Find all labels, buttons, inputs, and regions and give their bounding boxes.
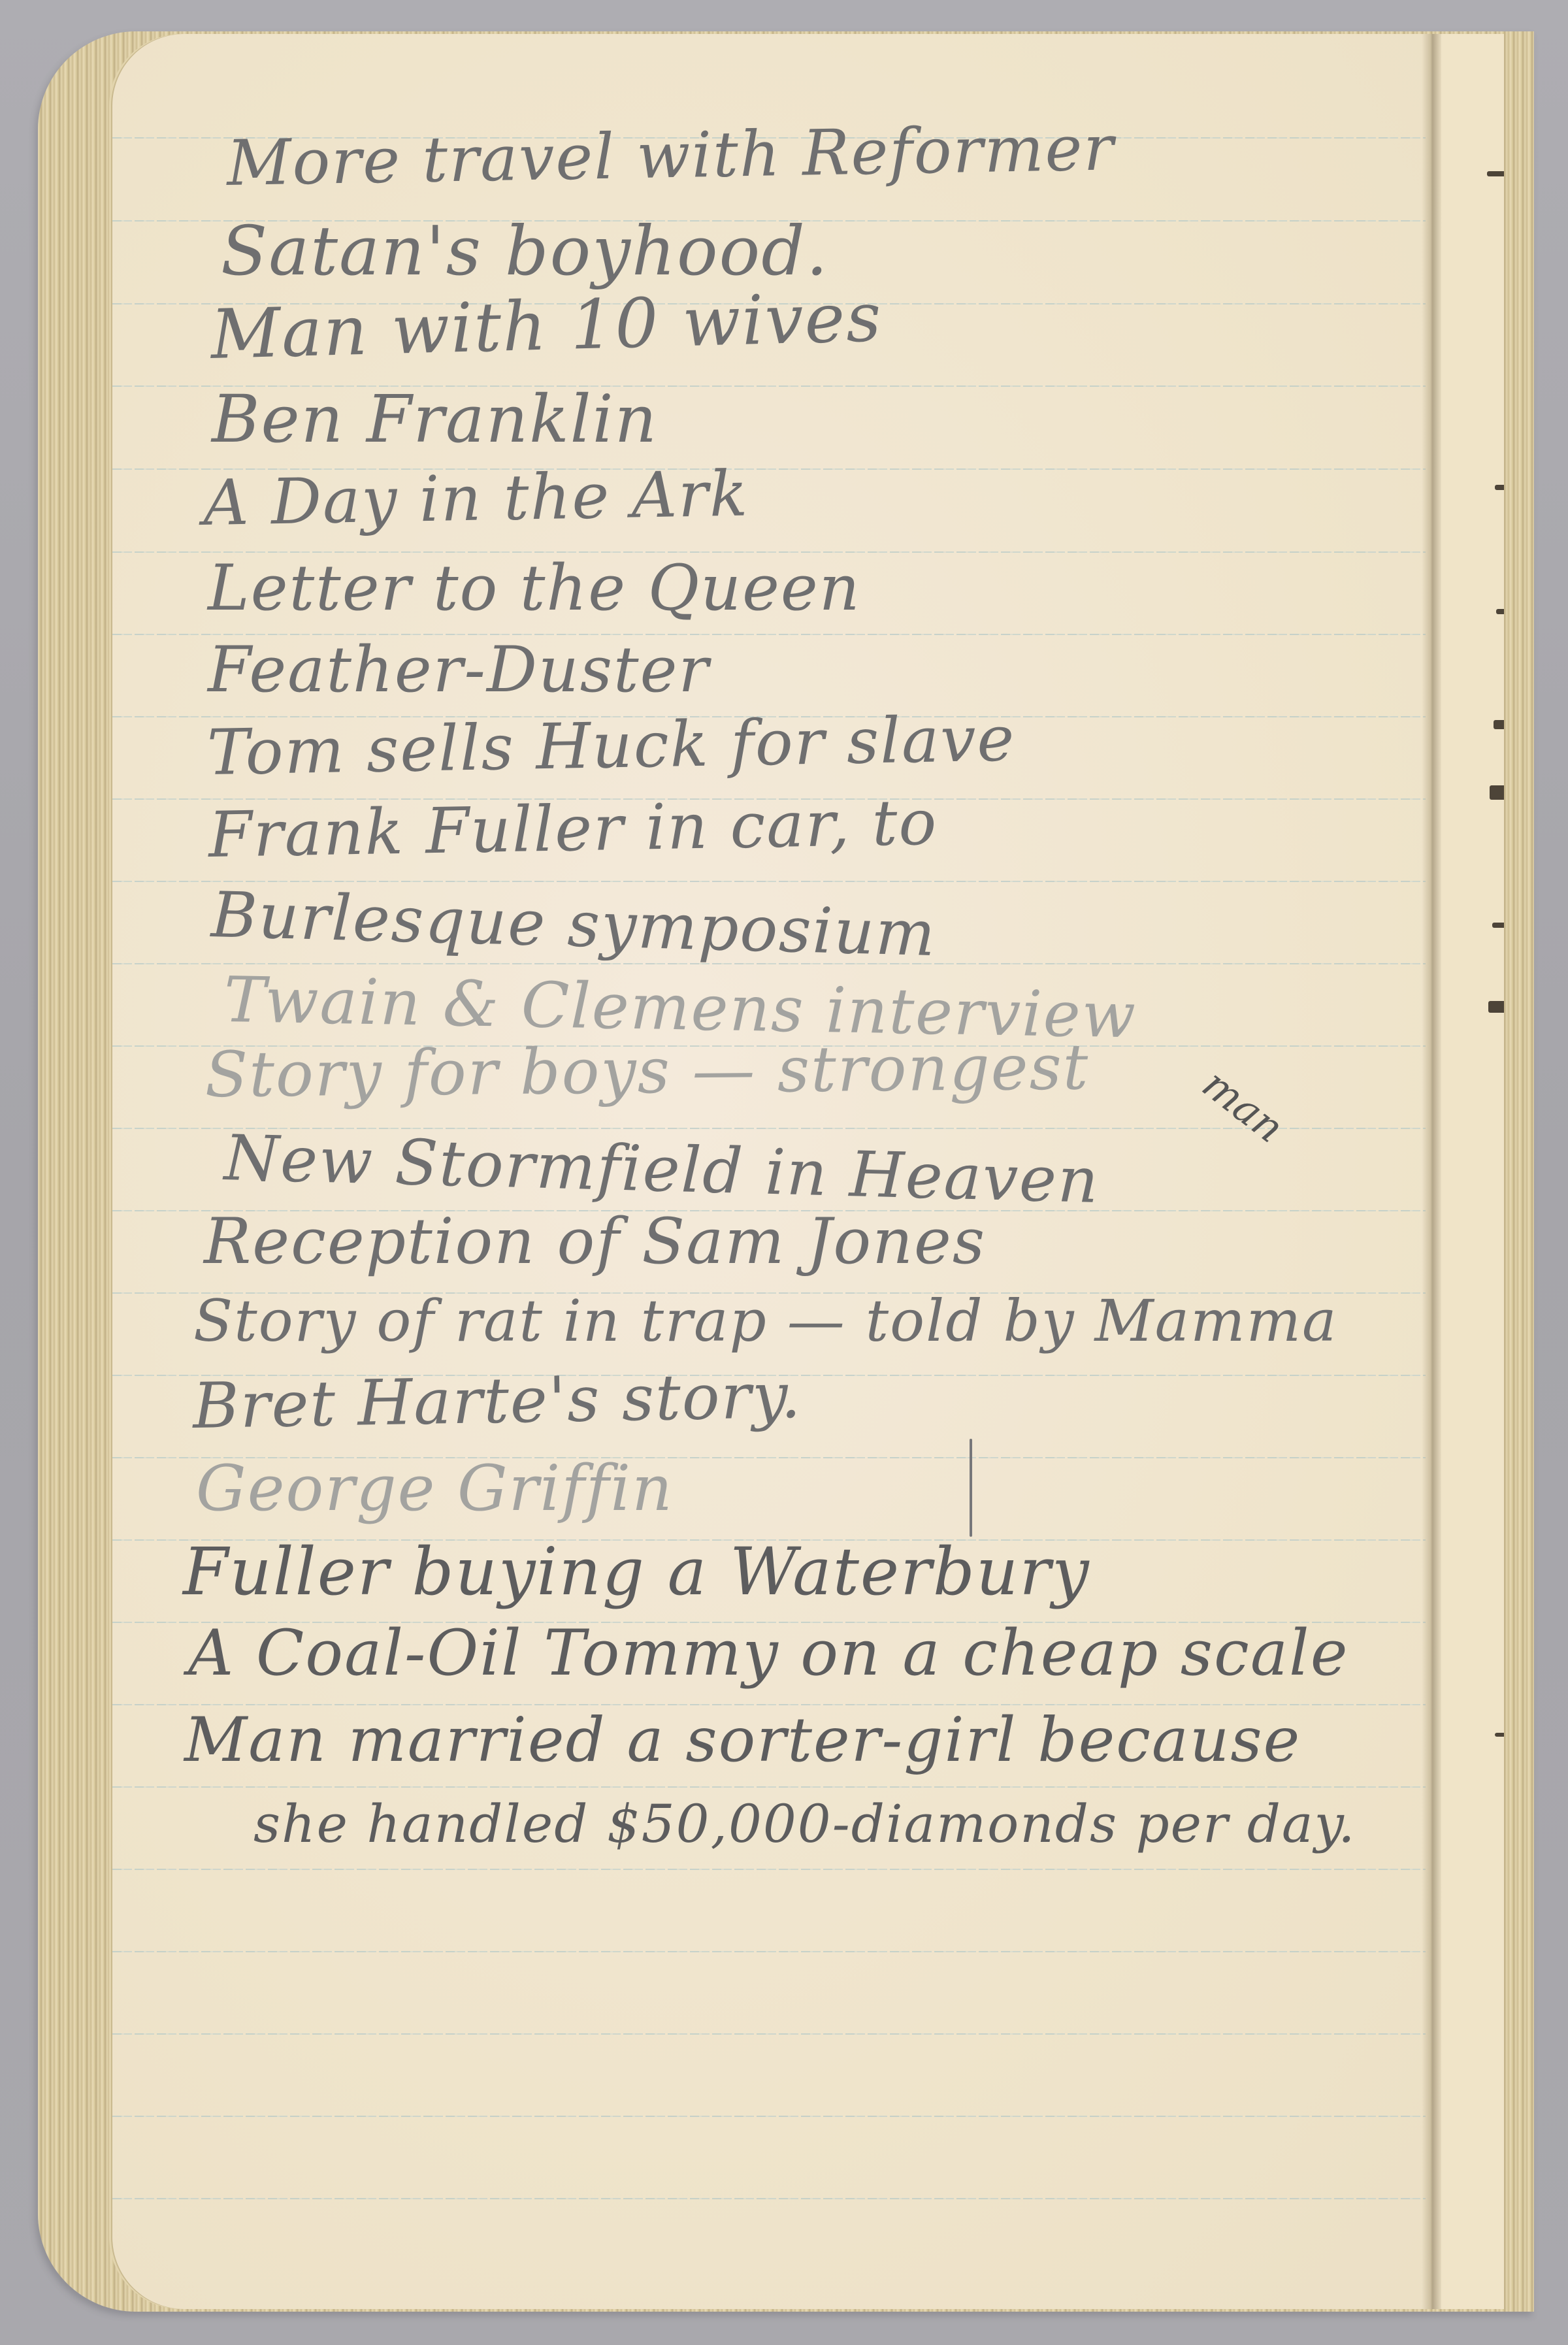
- list-item: New Stormfield in Heaven: [223, 1126, 1100, 1212]
- list-item: Story of rat in trap — told by Mamma: [193, 1292, 1337, 1350]
- list-item: More travel with Reformer: [226, 116, 1115, 195]
- list-item: A Coal-Oil Tommy on a cheap scale: [188, 1622, 1349, 1684]
- list-item: Frank Fuller in car, to: [208, 791, 938, 866]
- list-item: Reception of Sam Jones: [204, 1210, 986, 1273]
- list-item: Tom sells Huck for slave: [206, 707, 1016, 784]
- list-item: Satan's boyhood.: [221, 217, 829, 285]
- notebook-page: More travel with Reformer Satan's boyhoo…: [112, 34, 1504, 2309]
- list-item: Letter to the Queen: [208, 557, 861, 619]
- list-item: Burlesque symposium: [210, 883, 937, 965]
- list-item: A Day in the Ark: [203, 462, 749, 534]
- list-item: Fuller buying a Waterbury: [183, 1539, 1090, 1605]
- handwritten-list: More travel with Reformer Satan's boyhoo…: [112, 34, 1504, 2309]
- list-item: Man with 10 wives: [210, 283, 883, 369]
- list-item: Bret Harte's story.: [192, 1364, 802, 1437]
- list-item: George Griffin: [196, 1457, 674, 1520]
- list-item: Feather-Duster: [208, 638, 710, 701]
- pencil-stroke: [970, 1439, 972, 1537]
- list-item: Man married a sorter-girl because: [184, 1710, 1301, 1771]
- list-item: Ben Franklin: [212, 387, 658, 452]
- list-item: she handled $50,000-diamonds per day.: [253, 1798, 1356, 1850]
- list-item: Story for boys — strongest: [204, 1036, 1090, 1106]
- inserted-word: man: [1194, 1060, 1293, 1152]
